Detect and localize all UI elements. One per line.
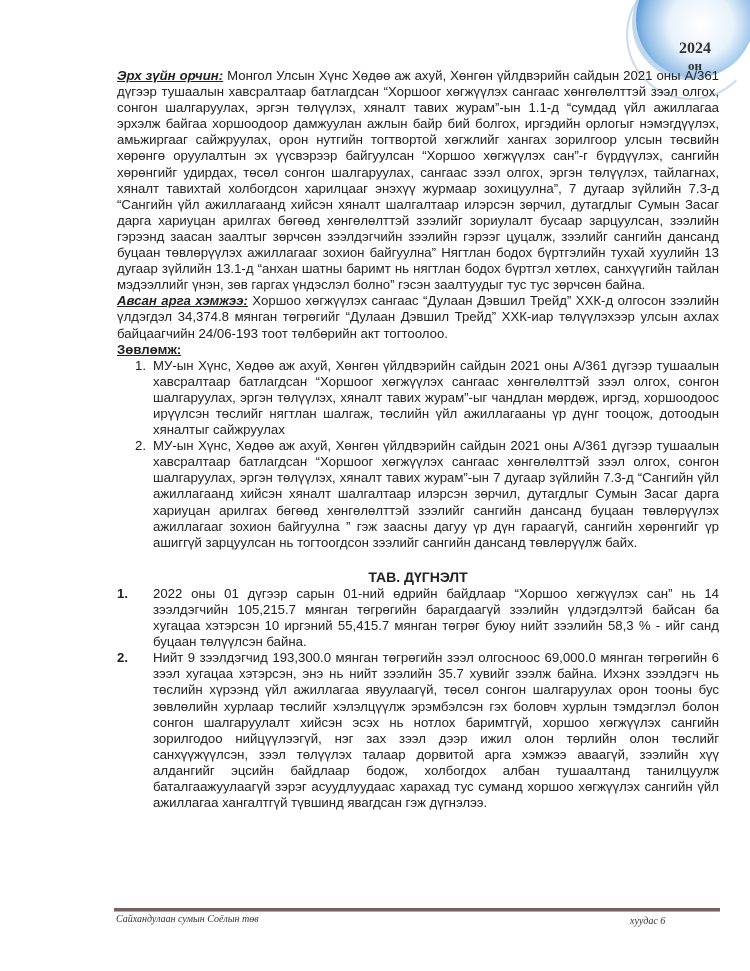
- legal-basis-text: Монгол Улсын Хүнс Хөдөө аж ахуй, Хөнгөн …: [117, 68, 719, 292]
- footer-organization: Сайхандулаан сумын Соёлын төв: [116, 914, 259, 925]
- recommendations-heading: Зөвлөмж:: [117, 342, 719, 358]
- legal-basis-label: Эрх зүйн орчин:: [117, 68, 223, 83]
- measures-taken-paragraph: Авсан арга хэмжээ: Хоршоо хөгжүүлэх санг…: [117, 293, 719, 341]
- recommendation-number: 1.: [135, 358, 146, 374]
- recommendation-text: МУ-ын Хүнс, Хөдөө аж ахуй, Хөнгөн үйлдвэ…: [153, 358, 719, 437]
- conclusion-number: 2.: [117, 650, 128, 666]
- recommendation-item: 1. МУ-ын Хүнс, Хөдөө аж ахуй, Хөнгөн үйл…: [117, 358, 719, 438]
- conclusion-text: 2022 оны 01 дүгээр сарын 01-ний өдрийн б…: [153, 586, 719, 649]
- legal-basis-paragraph: Эрх зүйн орчин: Монгол Улсын Хүнс Хөдөө …: [117, 68, 719, 293]
- conclusion-heading: ТАВ. ДҮГНЭЛТ: [117, 569, 719, 585]
- recommendation-text: МУ-ын Хүнс, Хөдөө аж ахуй, Хөнгөн үйлдвэ…: [153, 438, 719, 550]
- recommendations-list: 1. МУ-ын Хүнс, Хөдөө аж ахуй, Хөнгөн үйл…: [117, 358, 719, 551]
- recommendation-item: 2. МУ-ын Хүнс, Хөдөө аж ахуй, Хөнгөн үйл…: [117, 438, 719, 551]
- conclusion-item: 1. 2022 оны 01 дүгээр сарын 01-ний өдрий…: [117, 586, 719, 650]
- document-body: Эрх зүйн орчин: Монгол Улсын Хүнс Хөдөө …: [117, 68, 719, 811]
- conclusion-item: 2. Нийт 9 зээлдэгчид 193,300.0 мянган тө…: [117, 650, 719, 811]
- footer-divider: [114, 908, 720, 911]
- logo-year: 2024: [650, 40, 740, 58]
- conclusion-number: 1.: [117, 586, 128, 602]
- page-number: хуудас 6: [630, 916, 665, 927]
- recommendation-number: 2.: [135, 438, 146, 454]
- conclusion-text: Нийт 9 зээлдэгчид 193,300.0 мянган төгрө…: [153, 650, 719, 810]
- measures-taken-label: Авсан арга хэмжээ:: [117, 293, 248, 308]
